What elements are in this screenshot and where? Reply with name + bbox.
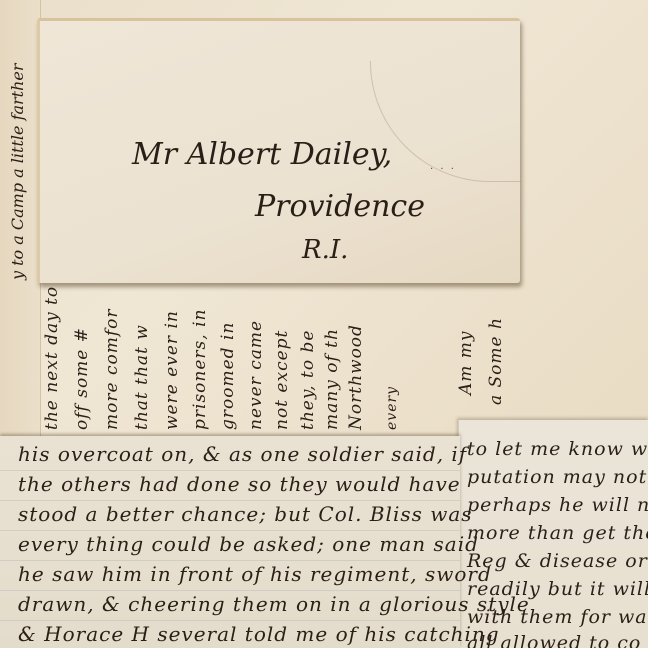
address-city: Providence	[255, 189, 425, 224]
vertical-line: they, to be	[298, 330, 318, 430]
envelope: Mr Albert Dailey, Providence R.I. · · ·	[37, 18, 520, 283]
letter-line: drawn, & cheering them on in a glorious …	[18, 592, 530, 616]
letter-line: perhaps he will not	[467, 494, 648, 516]
letter-line: he saw him in front of his regiment, swo…	[18, 562, 492, 586]
addressee-name: Mr Albert Dailey,	[132, 137, 392, 172]
ruled-line	[0, 620, 460, 621]
vertical-line: Northwood	[346, 324, 366, 430]
vertical-line: more comfor	[102, 309, 122, 430]
left-strip-sheet: y to a Camp a little farther	[0, 0, 41, 440]
vertical-line: y to a Camp a little farther	[8, 63, 27, 280]
letter-line: every thing could be asked; one man said	[18, 532, 479, 556]
vertical-line: every	[384, 386, 400, 430]
vertical-line: not except	[272, 330, 292, 430]
ruled-line	[0, 500, 460, 501]
ruled-line	[0, 470, 460, 471]
ruled-line	[0, 530, 460, 531]
front-letter-sheet: his overcoat on, & as one soldier said, …	[0, 436, 460, 648]
address-state: R.I.	[302, 235, 348, 265]
letter-line: to let me know wha	[467, 438, 648, 460]
letter-line: stood a better chance; but Col. Bliss wa…	[18, 502, 473, 526]
vertical-line: groomed in	[218, 322, 238, 430]
ruled-line	[0, 590, 460, 591]
letter-line: more than get the	[467, 522, 648, 544]
vertical-line: a Some h	[486, 317, 506, 405]
ruled-line	[0, 560, 460, 561]
postmark: · · ·	[430, 164, 456, 175]
letter-line: the others had done so they would have	[18, 472, 461, 496]
vertical-line: Am my	[456, 330, 476, 395]
vertical-line: that that w	[132, 324, 152, 430]
letter-line: & Horace H several told me of his catchi…	[18, 622, 500, 646]
vertical-line: never came	[246, 320, 266, 430]
vertical-line: the next day to	[42, 286, 62, 430]
vertical-line: were ever in	[162, 310, 182, 430]
letter-line: putation may not	[467, 466, 647, 488]
vertical-line: off some #	[72, 327, 92, 430]
vertical-line: prisoners, in	[190, 309, 210, 430]
letter-line: Reg & disease or wo	[467, 550, 648, 572]
vertical-line: many of th	[322, 328, 342, 430]
letter-line: his overcoat on, & as one soldier said, …	[18, 442, 467, 466]
